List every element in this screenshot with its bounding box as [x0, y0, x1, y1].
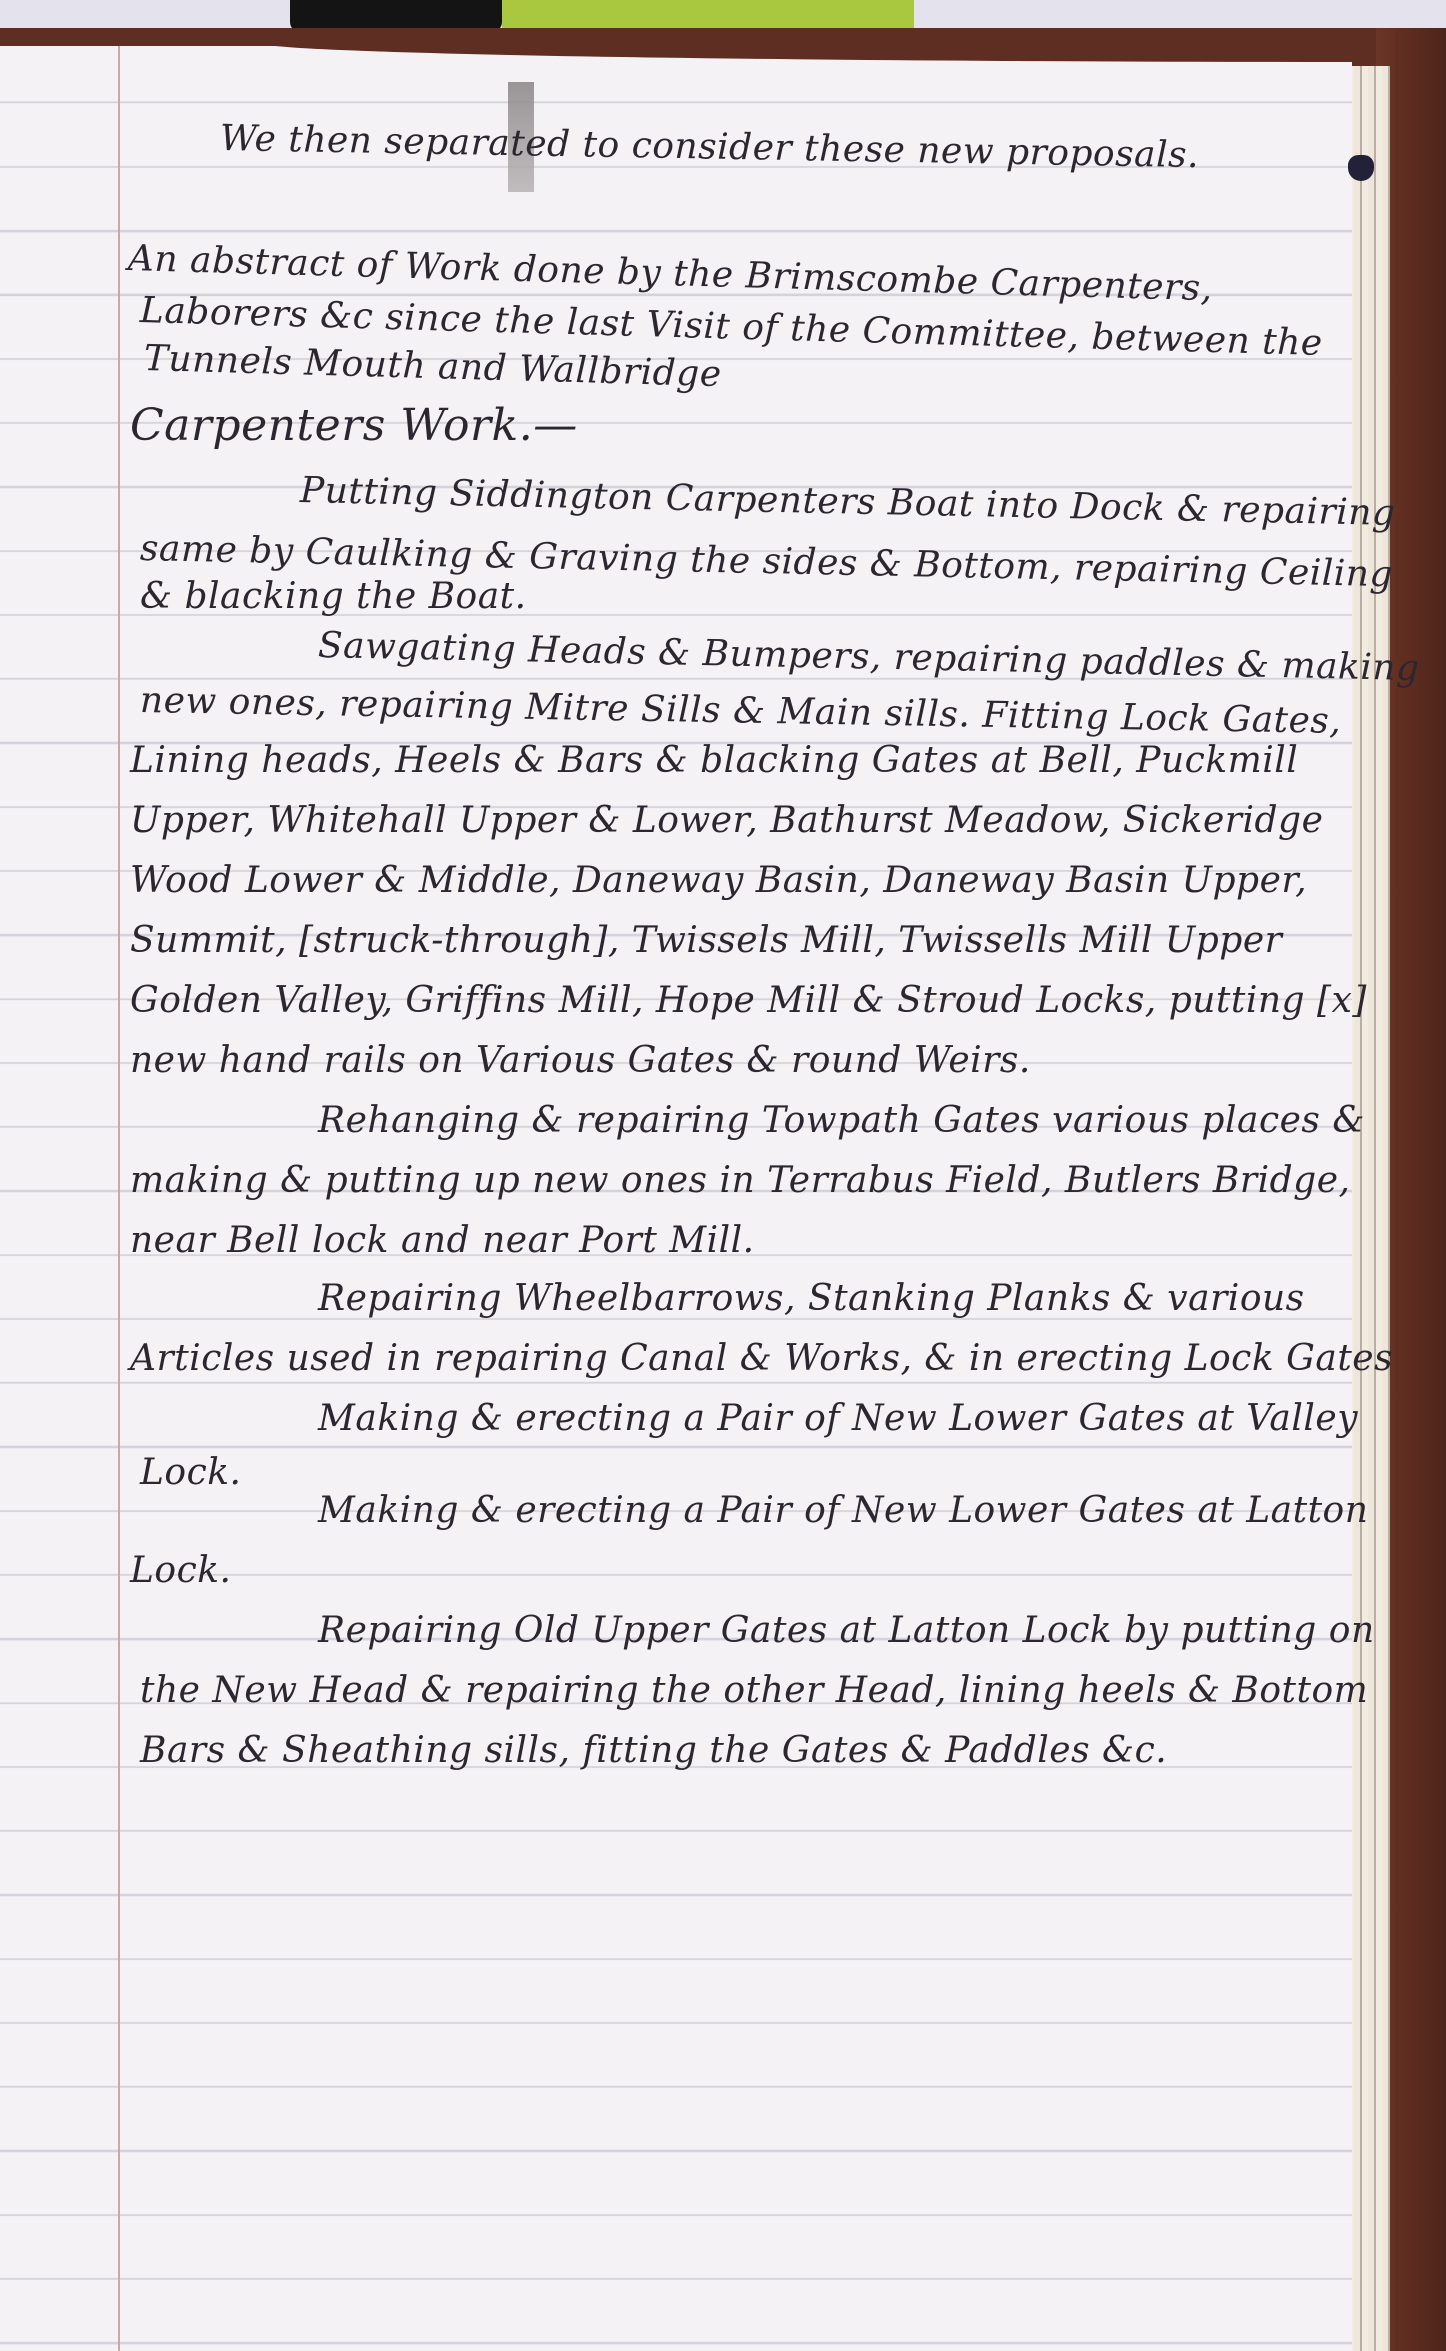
- entry-line: near Bell lock and near Port Mill.: [130, 1220, 755, 1261]
- entry-line: & blacking the Boat.: [140, 576, 527, 617]
- entry-line: Rehanging & repairing Towpath Gates vari…: [318, 1100, 1365, 1141]
- entry-line: Summit, [struck-through], Twissels Mill,…: [130, 920, 1282, 961]
- entry-line: new ones, repairing Mitre Sills & Main s…: [140, 680, 1342, 742]
- entry-line: the New Head & repairing the other Head,…: [140, 1670, 1368, 1711]
- entry-line: Making & erecting a Pair of New Lower Ga…: [318, 1490, 1368, 1531]
- entry-line: Repairing Wheelbarrows, Stanking Planks …: [318, 1278, 1305, 1319]
- entry-line: Lock.: [140, 1452, 242, 1493]
- entry-line: Upper, Whitehall Upper & Lower, Bathurst…: [130, 800, 1323, 841]
- handwritten-text: We then separated to consider these new …: [0, 0, 1446, 2351]
- entry-line: Putting Siddington Carpenters Boat into …: [300, 470, 1396, 534]
- entry-line: new hand rails on Various Gates & round …: [130, 1040, 1031, 1081]
- entry-line: Making & erecting a Pair of New Lower Ga…: [318, 1398, 1358, 1439]
- entry-line: Bars & Sheathing sills, fitting the Gate…: [140, 1730, 1167, 1771]
- section-heading-carpenters: Carpenters Work.—: [130, 400, 578, 451]
- entry-line: Golden Valley, Griffins Mill, Hope Mill …: [130, 980, 1367, 1021]
- entry-line: making & putting up new ones in Terrabus…: [130, 1160, 1350, 1201]
- entry-line: Sawgating Heads & Bumpers, repairing pad…: [318, 625, 1420, 689]
- intro-line: We then separated to consider these new …: [220, 118, 1200, 176]
- entry-line: Articles used in repairing Canal & Works…: [130, 1338, 1393, 1379]
- abstract-line: Tunnels Mouth and Wallbridge: [143, 338, 722, 395]
- entry-line: Lock.: [130, 1550, 232, 1591]
- entry-line: Repairing Old Upper Gates at Latton Lock…: [318, 1610, 1375, 1651]
- entry-line: Lining heads, Heels & Bars & blacking Ga…: [130, 740, 1298, 781]
- entry-line: Wood Lower & Middle, Daneway Basin, Dane…: [130, 860, 1307, 901]
